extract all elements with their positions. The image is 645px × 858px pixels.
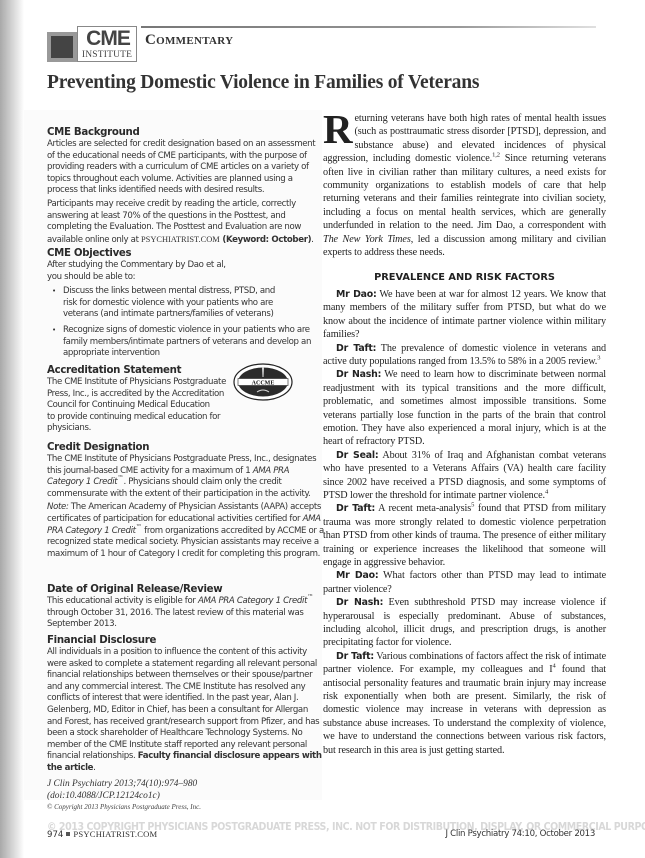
article-title: Preventing Domestic Violence in Families…	[47, 72, 479, 94]
cme-institute-logo: CME INSTITUTE	[47, 26, 139, 62]
speaker-name: Mr Dao:	[336, 289, 377, 300]
release-date-section: Date of Original Release/Review This edu…	[47, 584, 325, 633]
logo-cme-text: CME	[81, 27, 135, 51]
section-heading: CME Objectives	[47, 248, 325, 260]
reference: 3	[597, 355, 600, 362]
cme-background-section: CME Background Articles are selected for…	[47, 127, 325, 248]
dialogue-paragraph: Dr Nash: We need to learn how to discrim…	[323, 368, 606, 448]
speaker-name: Dr Nash:	[336, 369, 381, 380]
intro-paragraph: Returning veterans have both high rates …	[323, 112, 606, 259]
body-text: Note: The American Academy of Physician …	[47, 502, 325, 560]
footer-site-link[interactable]: PSYCHIATRIST.COM	[73, 829, 157, 839]
accme-seal-icon: ACCME	[233, 363, 293, 401]
dialogue-paragraph: Mr Dao: We have been at war for almost 1…	[323, 288, 606, 342]
body-text: After studying the Commentary by Dao et …	[47, 260, 325, 272]
dialogue-paragraph: Dr Taft: Various combinations of factors…	[323, 650, 606, 757]
dialogue-paragraph: Dr Seal: About 31% of Iraq and Afghanist…	[323, 449, 606, 503]
accreditation-line: to provide continuing medical education …	[47, 412, 325, 424]
objective-item: Recognize signs of domestic violence in …	[47, 325, 325, 360]
body-text: All individuals in a position to influen…	[47, 647, 325, 775]
journal-page: CME INSTITUTE Commentary Preventing Dome…	[0, 0, 645, 858]
section-heading: Date of Original Release/Review	[47, 584, 325, 596]
body-text: This educational activity is eligible fo…	[47, 596, 325, 631]
dialogue-paragraph: Dr Taft: The prevalence of domestic viol…	[323, 342, 606, 369]
body-text: you should be able to:	[47, 272, 325, 284]
dialogue-paragraph: Mr Dao: What factors other than PTSD may…	[323, 569, 606, 596]
citation-block: J Clin Psychiatry 2013;74(10):974–980 (d…	[47, 778, 325, 812]
citation-line: J Clin Psychiatry 2013;74(10):974–980	[47, 778, 325, 790]
section-heading: CME Background	[47, 127, 325, 139]
article-body: Returning veterans have both high rates …	[323, 112, 606, 757]
section-heading: Financial Disclosure	[47, 635, 325, 647]
page-folio: 974PSYCHIATRIST.COM	[47, 829, 157, 840]
speaker-name: Dr Taft:	[336, 503, 375, 514]
speaker-name: Dr Taft:	[336, 343, 376, 354]
logo-square-inner-icon	[51, 36, 73, 58]
section-label: Commentary	[145, 32, 233, 49]
accreditation-line: Council for Continuing Medical Education	[47, 400, 325, 412]
body-text: Participants may receive credit by readi…	[47, 199, 325, 246]
speaker-name: Dr Nash:	[336, 597, 383, 608]
svg-text:ACCME: ACCME	[252, 380, 275, 386]
doi-line: (doi:10.4088/JCP.12124co1c)	[47, 790, 325, 802]
credit-designation-section: Credit Designation The CME Institute of …	[47, 442, 325, 562]
drop-cap: R	[323, 114, 353, 144]
section-heading: PREVALENCE AND RISK FACTORS	[323, 271, 606, 284]
logo-institute-text: INSTITUTE	[79, 50, 135, 60]
square-bullet-icon	[66, 832, 70, 836]
reference: 4	[545, 489, 548, 496]
dialogue-paragraph: Dr Nash: Even subthreshold PTSD may incr…	[323, 596, 606, 650]
copyright-line: © Copyright 2013 Physicians Postgraduate…	[47, 802, 325, 812]
objectives-list: Discuss the links between mental distres…	[47, 286, 325, 360]
speaker-name: Mr Dao:	[336, 570, 378, 581]
speaker-name: Dr Seal:	[336, 450, 378, 461]
objective-item: Discuss the links between mental distres…	[47, 286, 325, 321]
journal-issue-info: J Clin Psychiatry 74:10, October 2013	[446, 829, 595, 839]
dialogue-paragraph: Dr Taft: A recent meta-analysis5 found t…	[323, 502, 606, 569]
financial-disclosure-section: Financial Disclosure All individuals in …	[47, 635, 325, 812]
cme-objectives-section: CME Objectives After studying the Commen…	[47, 248, 325, 364]
speaker-name: Dr Taft:	[336, 651, 374, 662]
page-number: 974	[47, 830, 63, 840]
site-link[interactable]: PSYCHIATRIST.COM	[141, 235, 220, 244]
reference: 1,2	[492, 152, 500, 159]
body-text: Articles are selected for credit designa…	[47, 139, 325, 197]
section-heading: Credit Designation	[47, 442, 325, 454]
accreditation-line: physicians.	[47, 423, 325, 435]
body-text: The CME Institute of Physicians Postgrad…	[47, 454, 325, 500]
header-rule	[141, 26, 596, 28]
